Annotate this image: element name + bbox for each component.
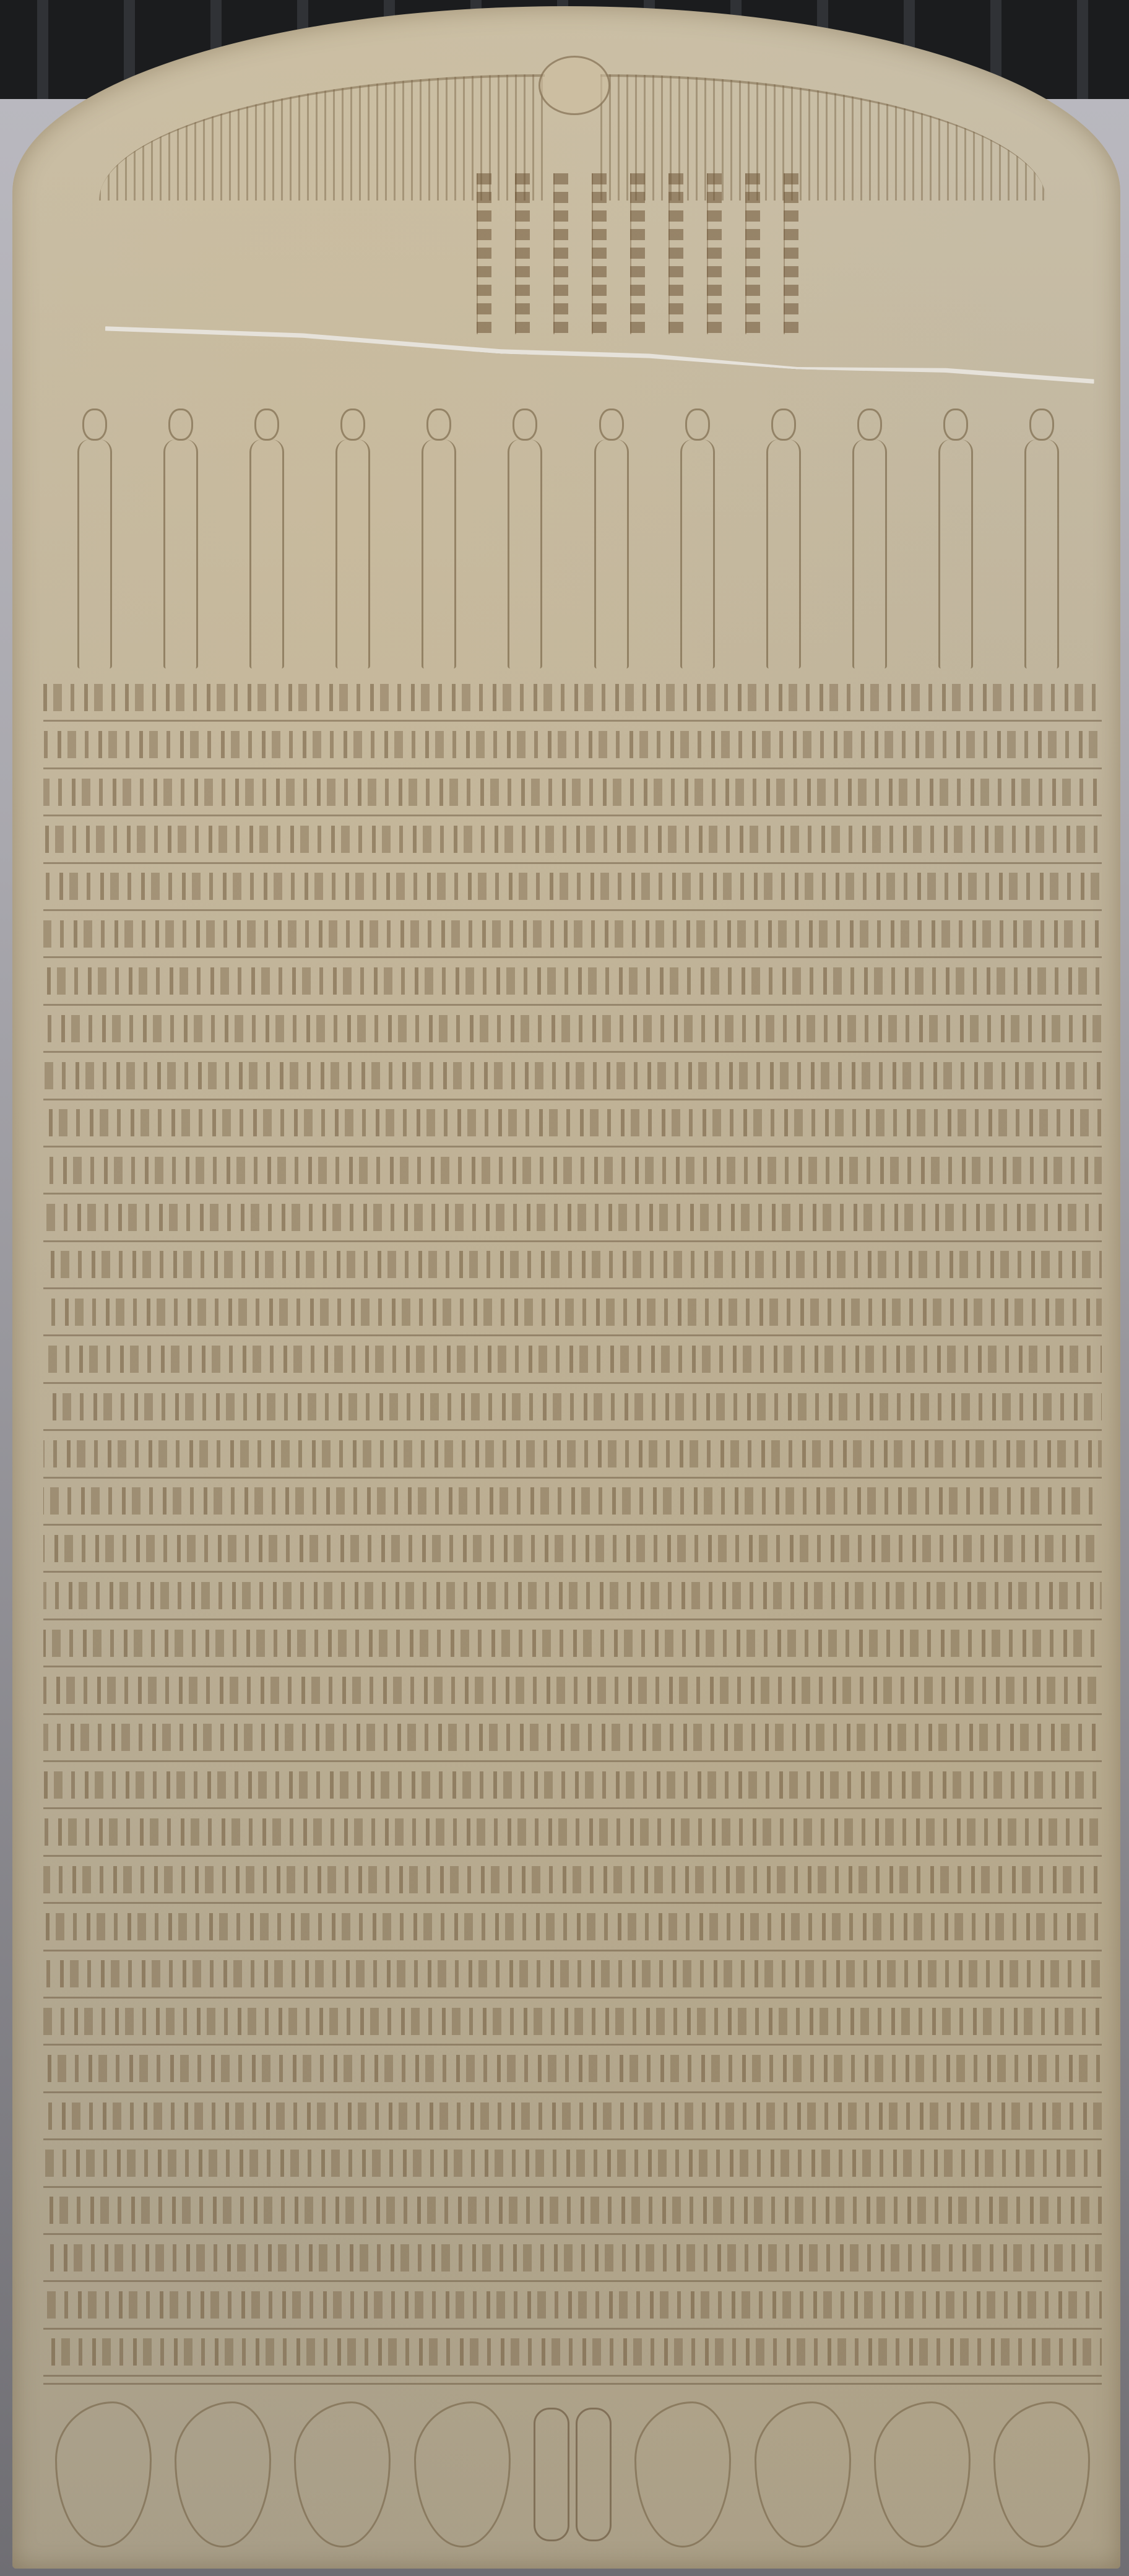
deity-figure: [760, 408, 803, 675]
hieroglyph-line: [43, 1715, 1102, 1762]
hieroglyph-line: [43, 2046, 1102, 2093]
hieroglyph-line: [43, 864, 1102, 911]
hieroglyph-line: [43, 1479, 1102, 1526]
lunette-inscription: [371, 173, 904, 334]
hieroglyph-line: [43, 1762, 1102, 1809]
hieroglyph-line: [43, 2235, 1102, 2282]
deity-figure: [1018, 408, 1062, 675]
hieroglyph-line: [43, 1336, 1102, 1383]
hieroglyph-line: [43, 1573, 1102, 1620]
stela: [12, 6, 1120, 2569]
glyph-column: [553, 173, 568, 334]
royal-cartouches: [534, 2408, 612, 2541]
bound-captive: [55, 2401, 152, 2548]
hieroglyph-line: [43, 2140, 1102, 2187]
deity-figure: [329, 408, 373, 675]
sun-disk-icon: [539, 56, 610, 115]
hieroglyph-line: [43, 1431, 1102, 1478]
bound-captive: [993, 2401, 1090, 2548]
glyph-column: [784, 173, 798, 334]
glyph-column: [707, 173, 722, 334]
hieroglyph-line: [43, 1053, 1102, 1100]
hieroglyph-line: [43, 675, 1102, 722]
deity-figure: [846, 408, 889, 675]
deity-figure: [674, 408, 717, 675]
deity-figure: [243, 408, 287, 675]
deity-figure: [501, 408, 545, 675]
bound-captive: [874, 2401, 971, 2548]
bound-captive: [294, 2401, 391, 2548]
hieroglyph-line: [43, 2188, 1102, 2235]
hieroglyph-line: [43, 958, 1102, 1005]
figure-register: [50, 378, 1083, 675]
bound-captive: [634, 2401, 731, 2548]
hieroglyph-line: [43, 1006, 1102, 1053]
hieroglyph-line: [43, 911, 1102, 958]
deity-figure: [157, 408, 201, 675]
hieroglyph-line: [43, 1857, 1102, 1904]
hieroglyph-line: [43, 1620, 1102, 1667]
captives-register: [43, 2383, 1102, 2564]
bound-captive: [414, 2401, 511, 2548]
hieroglyphic-text-field: [43, 675, 1102, 2377]
glyph-column: [477, 173, 491, 334]
hieroglyph-line: [43, 1242, 1102, 1289]
hieroglyph-line: [43, 1809, 1102, 1856]
deity-figure: [932, 408, 975, 675]
hieroglyph-line: [43, 1289, 1102, 1336]
hieroglyph-line: [43, 1999, 1102, 2046]
lunette: [50, 19, 1083, 365]
deity-figure: [415, 408, 459, 675]
cartouche-icon: [576, 2408, 612, 2541]
glyph-column: [515, 173, 530, 334]
deity-figure: [588, 408, 631, 675]
hieroglyph-line: [43, 1148, 1102, 1195]
hieroglyph-line: [43, 722, 1102, 769]
hieroglyph-line: [43, 1904, 1102, 1951]
bound-captive: [755, 2401, 851, 2548]
hieroglyph-line: [43, 816, 1102, 863]
hieroglyph-line: [43, 769, 1102, 816]
glyph-column: [745, 173, 760, 334]
hieroglyph-line: [43, 1100, 1102, 1148]
hieroglyph-line: [43, 1384, 1102, 1431]
hieroglyph-line: [43, 1667, 1102, 1714]
hieroglyph-line: [43, 1526, 1102, 1573]
glyph-column: [630, 173, 645, 334]
hieroglyph-line: [43, 2282, 1102, 2329]
glyph-column: [668, 173, 683, 334]
hieroglyph-line: [43, 1195, 1102, 1242]
glyph-column: [592, 173, 607, 334]
bound-captive: [175, 2401, 271, 2548]
cartouche-icon: [534, 2408, 569, 2541]
hieroglyph-line: [43, 1951, 1102, 1999]
deity-figure: [71, 408, 115, 675]
hieroglyph-line: [43, 2330, 1102, 2377]
hieroglyph-line: [43, 2093, 1102, 2140]
